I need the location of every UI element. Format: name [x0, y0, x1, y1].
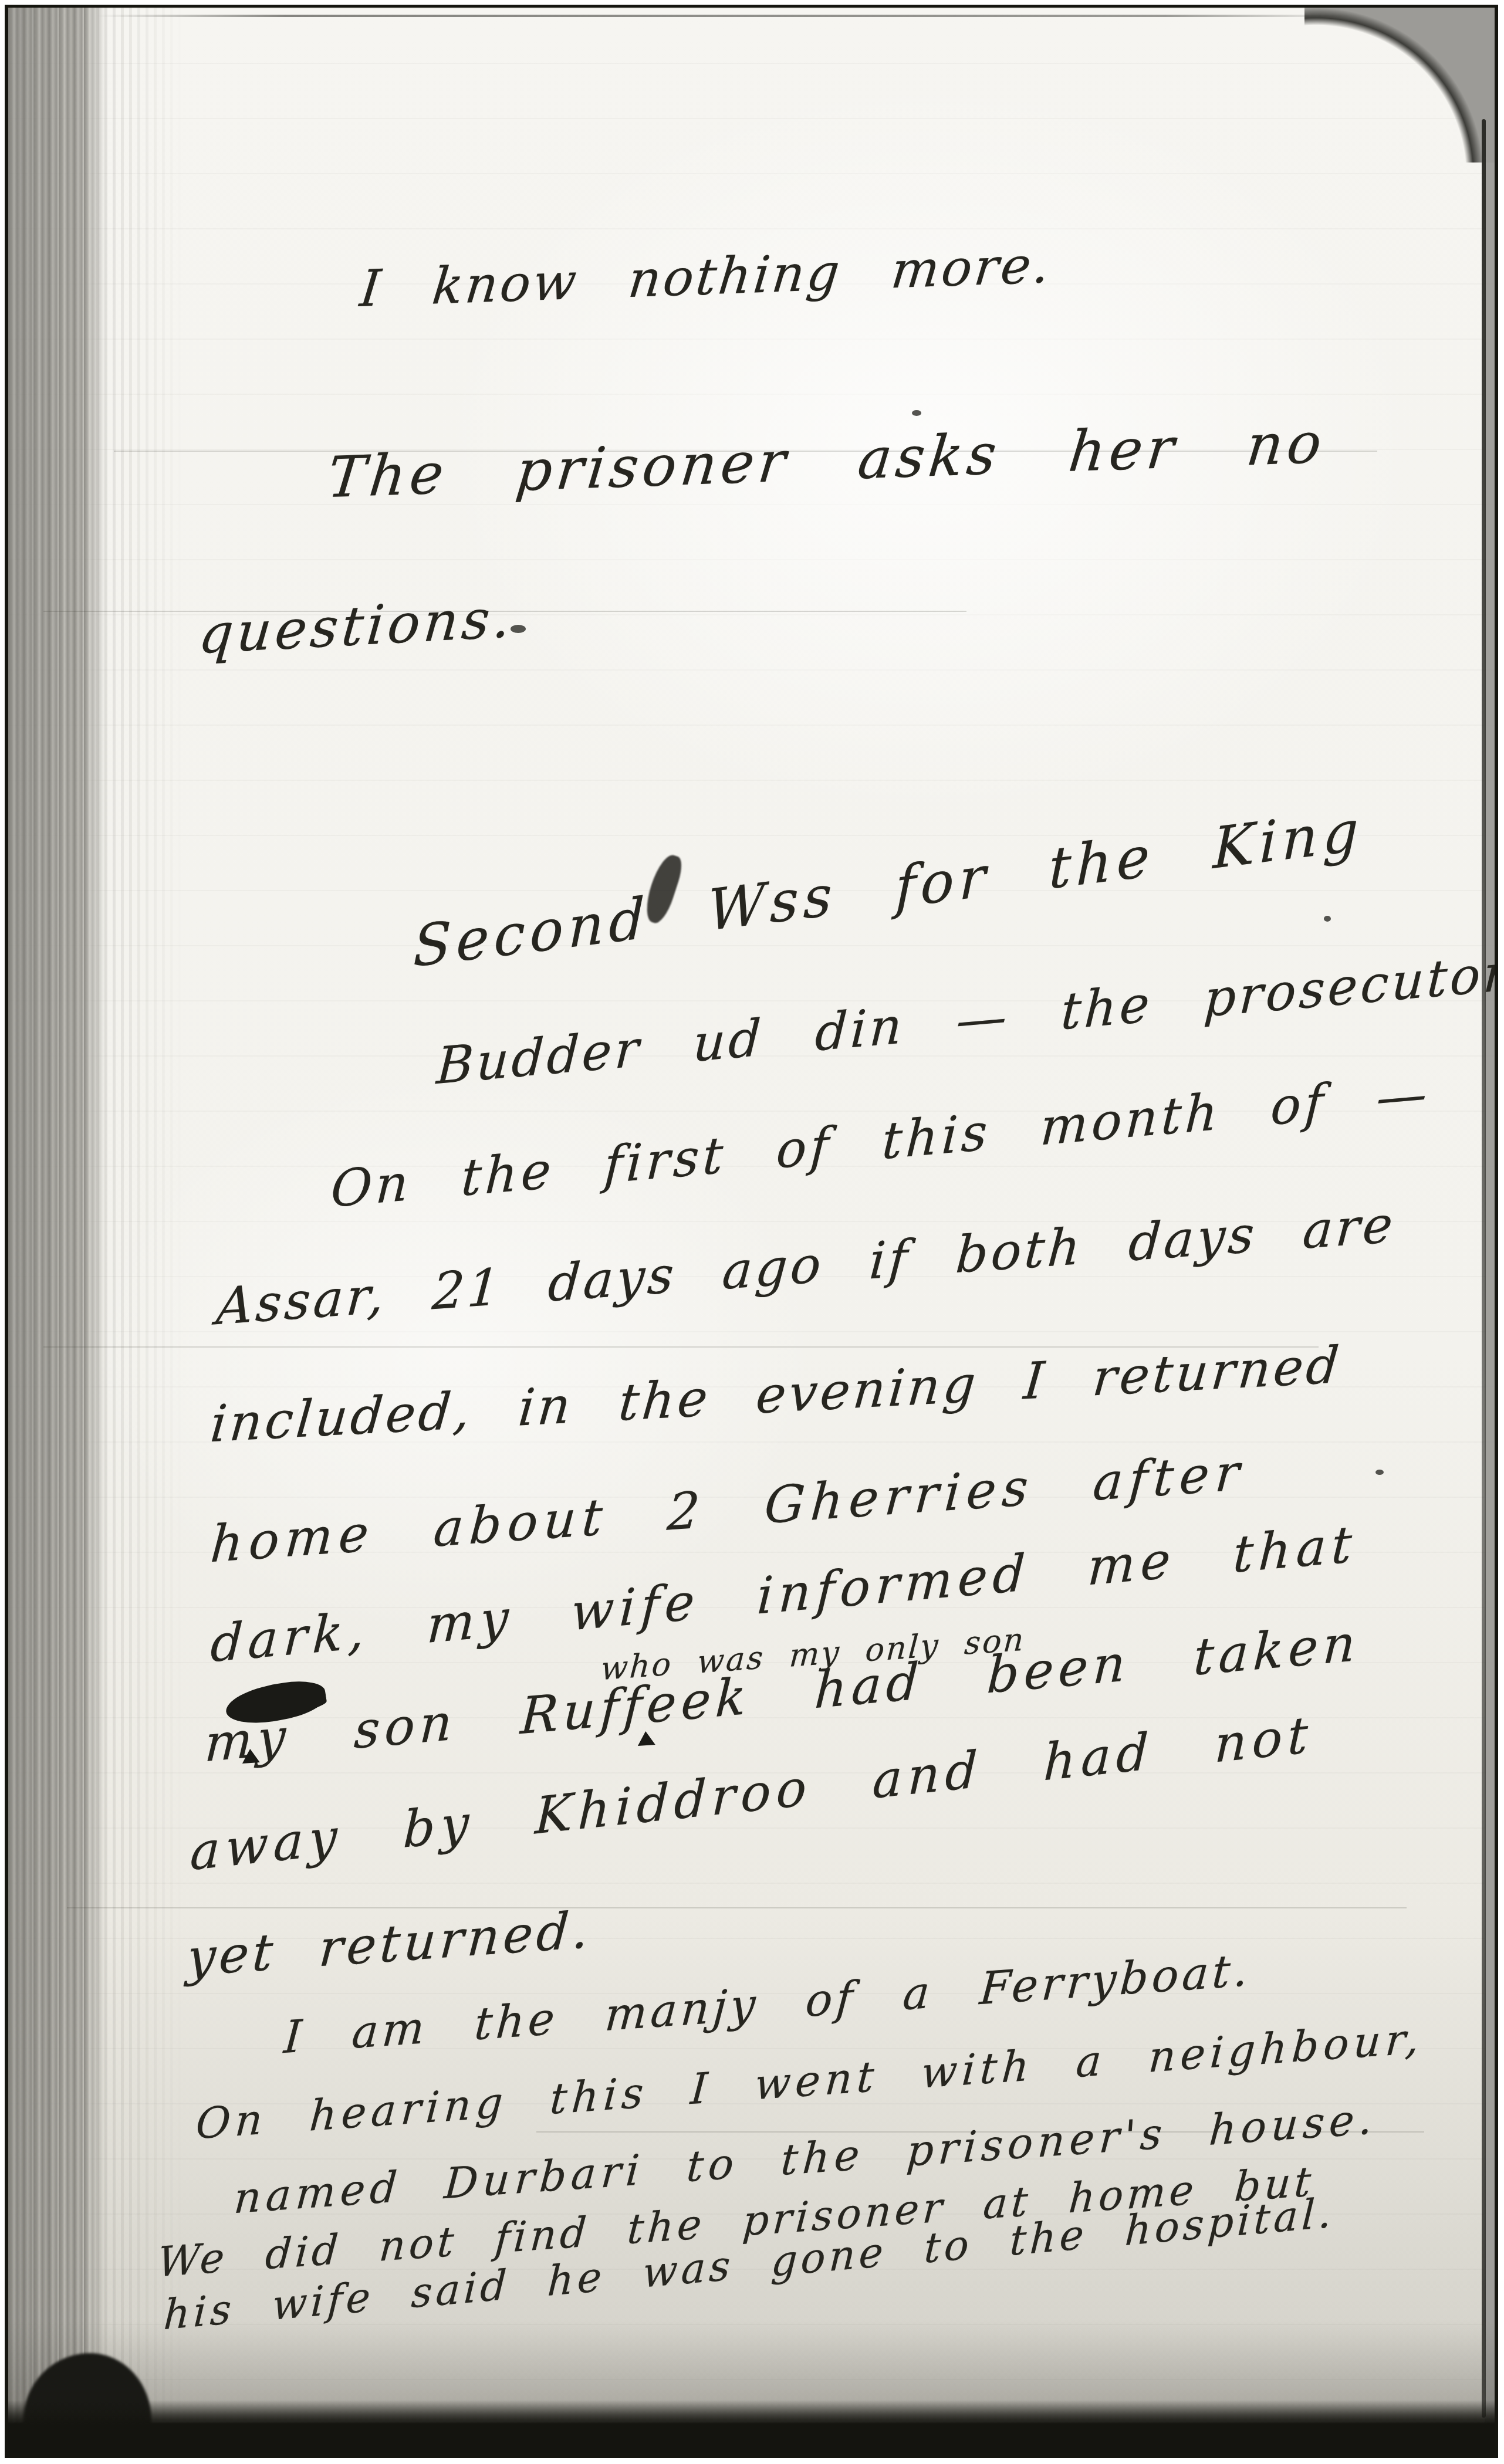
manuscript-line: Assar, 21 days ago if both days are: [214, 1195, 1397, 1336]
manuscript-line: The prisoner asks her no: [325, 409, 1329, 510]
manuscript-line: yet returned.: [185, 1900, 593, 1988]
page-top-edge: [96, 15, 1354, 17]
right-backdrop: [1485, 96, 1495, 2453]
photo-bottom-edge: [8, 2400, 1495, 2453]
ink-speck: [1375, 1470, 1384, 1475]
ink-speck: [1324, 916, 1331, 922]
page-right-edge: [1482, 119, 1486, 2418]
manuscript-line: I know nothing more.: [357, 236, 1055, 319]
manuscript-page: I know nothing more. The prisoner asks h…: [5, 5, 1498, 2458]
insertion-caret-icon: [241, 1748, 260, 1764]
book-gutter-fade: [96, 8, 184, 2453]
manuscript-photo-scan: I know nothing more. The prisoner asks h…: [0, 0, 1504, 2464]
manuscript-line: included, in the evening I returned: [208, 1336, 1344, 1454]
insertion-caret-icon: [637, 1731, 655, 1746]
page-corner-backdrop: [1304, 5, 1498, 163]
paper-scratch-line: [67, 1907, 1407, 1908]
manuscript-heading: Second Wss for the King: [413, 797, 1364, 980]
book-gutter-binding: [8, 8, 107, 2453]
manuscript-line: questions.: [196, 587, 516, 666]
ink-speck: [912, 410, 921, 416]
